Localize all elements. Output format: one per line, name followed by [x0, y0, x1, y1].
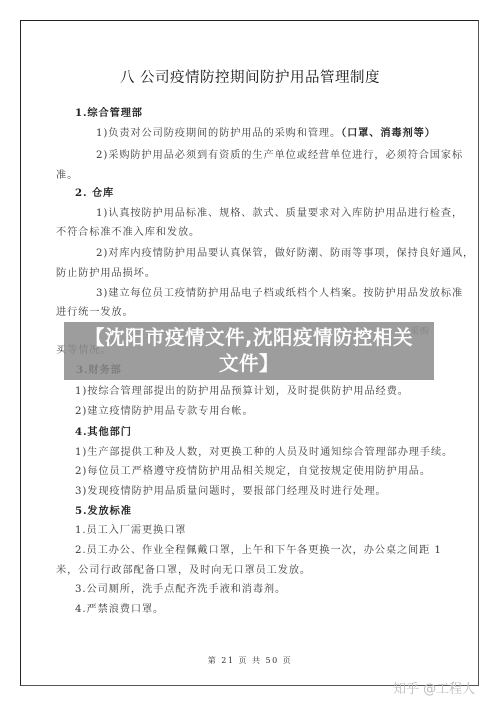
paragraph-line: 1)生产部提供工种及人数，对更换工种的人员及时通知综合管理部办理手续。	[75, 446, 453, 460]
paragraph-line: 2)建立疫情防护用品专款专用台帐。	[75, 405, 254, 419]
paragraph-line: 3.公司厕所，洗手点配齐洗手液和消毒剂。	[75, 583, 286, 597]
paragraph-line: 2)每位员工严格遵守疫情防护用品相关规定，自觉按规定使用防护用品。	[75, 465, 431, 479]
paragraph-line: 1)负责对公司防疫期间的防护用品的采购和管理。（口罩、消毒剂等）	[96, 126, 436, 141]
paragraph-line: 防止防护用品损坏。	[56, 267, 156, 281]
section-heading: 1.综合管理部	[75, 106, 143, 120]
paragraph-line: 4.严禁浪费口罩。	[75, 603, 164, 617]
section-heading: 5.发放标准	[75, 504, 132, 518]
overlay-line-1: 【沈阳市疫情文件,沈阳疫情防控相关	[64, 325, 434, 351]
paragraph-line: 进行统一发放。	[56, 306, 134, 320]
overlay-line-2: 文件】	[64, 351, 434, 377]
paragraph-line: 2.员工办公、作业全程佩戴口罩，上午和下午各更换一次，办公桌之间距 1	[75, 544, 442, 558]
paragraph-line: 2)采购防护用品必须到有资质的生产单位或经营单位进行，必须符合国家标	[96, 149, 463, 163]
paragraph-bold-text: （口罩、消毒剂等）	[341, 127, 436, 139]
paragraph-line: 准。	[56, 169, 78, 183]
page-number: 第 21 页 共 50 页	[0, 655, 500, 666]
paragraph-line: 2)对库内疫情防护用品要认真保管，做好防潮、防雨等事项，保持良好通风，	[96, 247, 474, 261]
paragraph-line: 不符合标准不准入库和发放。	[56, 226, 200, 240]
paragraph-line: 1.员工入厂需更换口罩	[75, 524, 186, 538]
paragraph-line: 3)发现疫情防护用品质量问题时，要报部门经理及时进行处理。	[75, 485, 387, 499]
watermark: 知乎 @工程人	[393, 678, 475, 697]
paragraph-text: 1)负责对公司防疫期间的防护用品的采购和管理。	[96, 128, 341, 139]
paragraph-line: 1)按综合管理部提出的防护用品预算计划，及时提供防护用品经费。	[75, 385, 409, 399]
paragraph-line: 1)认真按防护用品标准、规格、款式、质量要求对入库防护用品进行检查，	[96, 207, 463, 221]
title-overlay-text: 【沈阳市疫情文件,沈阳疫情防控相关 文件】	[64, 322, 434, 377]
section-heading: 2. 仓库	[75, 186, 114, 200]
document-title: 八 公司疫情防控期间防护用品管理制度	[0, 66, 500, 87]
paragraph-line: 米，公司行政部配备口罩，及时向无口罩员工发放。	[56, 564, 311, 578]
section-heading: 4.其他部门	[75, 425, 132, 439]
paragraph-line: 3)建立每位员工疫情防护用品电子档或纸档个人档案。按防护用品发放标准	[96, 287, 463, 301]
